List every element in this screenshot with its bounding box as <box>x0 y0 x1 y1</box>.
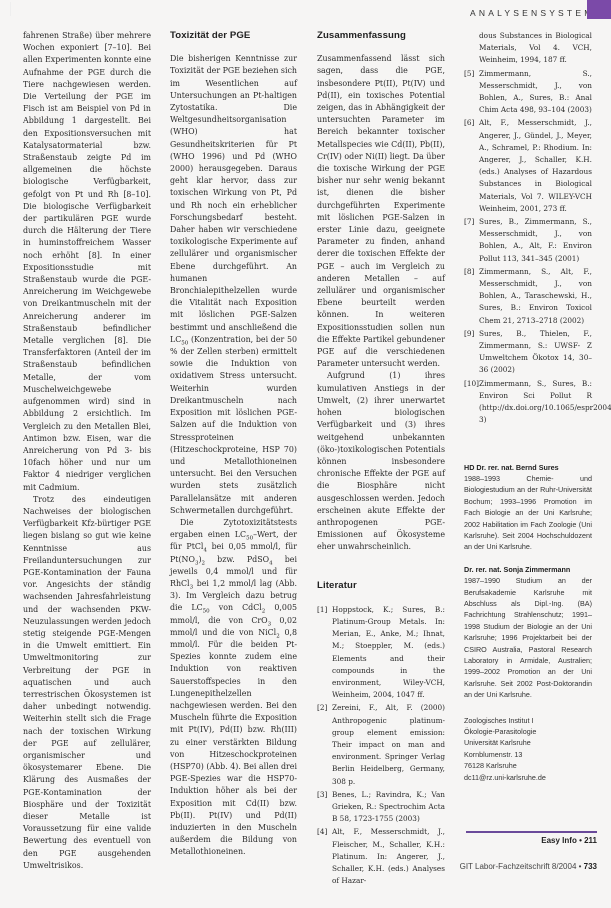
reference-item: [6]Alt, F., Messerschmidt, J., Angerer, … <box>464 117 592 215</box>
author-bio-text: 1987–1990 Studium an der Berufsakademie … <box>464 576 592 699</box>
section-color-block <box>587 0 611 19</box>
body-paragraph: Zusammenfassend lässt sich sagen, dass d… <box>317 53 445 370</box>
faded-logo <box>10 2 111 16</box>
column-1: fahrenen Straße) über mehrere Wochen exp… <box>23 30 151 872</box>
reference-item: [8]Zimmermann, S., Alt, F., Messerschmid… <box>464 266 592 327</box>
author-bio-sures: HD Dr. rer. nat. Bernd Sures 1988–1993 C… <box>464 462 592 553</box>
author-name: HD Dr. rer. nat. Bernd Sures <box>464 462 592 473</box>
body-paragraph: Aufgrund (1) ihres kumulativen Anstiegs … <box>317 370 445 553</box>
author-bio-text: 1988–1993 Chemie- und Biologiestudium an… <box>464 474 592 551</box>
reference-item: [9]Sures, B., Thielen, F., Zimmermann, S… <box>464 328 592 377</box>
body-paragraph: Die Zytotoxizitätstests ergaben einen LC… <box>170 517 297 859</box>
author-bio-zimmermann: Dr. rer. nat. Sonja Zimmermann 1987–1990… <box>464 564 592 701</box>
author-name: Dr. rer. nat. Sonja Zimmermann <box>464 564 592 575</box>
reference-item: dous Substances in Biological Materials,… <box>464 30 592 67</box>
reference-list-continued: dous Substances in Biological Materials,… <box>464 30 592 427</box>
divider-rule <box>466 831 597 833</box>
reference-item: [10]Zimmermann, S., Sures, B.: Environ S… <box>464 378 592 427</box>
reference-list: [1]Hoppstock, K.; Sures, B.: Platinum-Gr… <box>317 604 445 888</box>
easy-info: Easy Info • 211 <box>541 836 597 845</box>
reference-item: [7]Sures, B., Zimmermann, S., Messerschm… <box>464 216 592 265</box>
contact-address: Zoologisches Institut I Ökologie-Parasit… <box>464 715 592 783</box>
email-link[interactable]: dc11@rz.uni-karlsruhe.de <box>464 772 592 783</box>
body-paragraph: Trotz des eindeutigen Nachweises der bio… <box>23 494 151 872</box>
reference-item: [3]Benes, L.; Ravindra, K.; Van Grieken,… <box>317 789 445 826</box>
column-2: Toxizität der PGE Die bisherigen Kenntni… <box>170 30 297 859</box>
reference-item: [1]Hoppstock, K.; Sures, B.: Platinum-Gr… <box>317 604 445 702</box>
body-paragraph: fahrenen Straße) über mehrere Wochen exp… <box>23 30 151 494</box>
reference-item: [5]Zimmermann, S., Messerschmidt, J., vo… <box>464 68 592 117</box>
column-4: dous Substances in Biological Materials,… <box>464 30 592 783</box>
section-heading-summary: Zusammenfassung <box>317 30 445 42</box>
reference-item: [4]Alt, F., Messerschmidt, J., Fleischer… <box>317 826 445 887</box>
page-footer: GIT Labor-Fachzeitschrift 8/2004 • 733 <box>460 862 597 871</box>
section-label: ANALYSENSYSTEM <box>470 8 594 18</box>
section-heading-toxicity: Toxizität der PGE <box>170 30 297 42</box>
page-number: 733 <box>584 862 597 871</box>
body-paragraph: Die bisherigen Kenntnisse zur Toxizität … <box>170 53 297 517</box>
reference-item: [2]Zereini, F., Alt, F. (2000) Anthropog… <box>317 702 445 787</box>
journal-name: GIT Labor-Fachzeitschrift 8/2004 <box>460 862 577 871</box>
column-3: Zusammenfassung Zusammenfassend lässt si… <box>317 30 445 888</box>
section-heading-literature: Literatur <box>317 580 445 592</box>
